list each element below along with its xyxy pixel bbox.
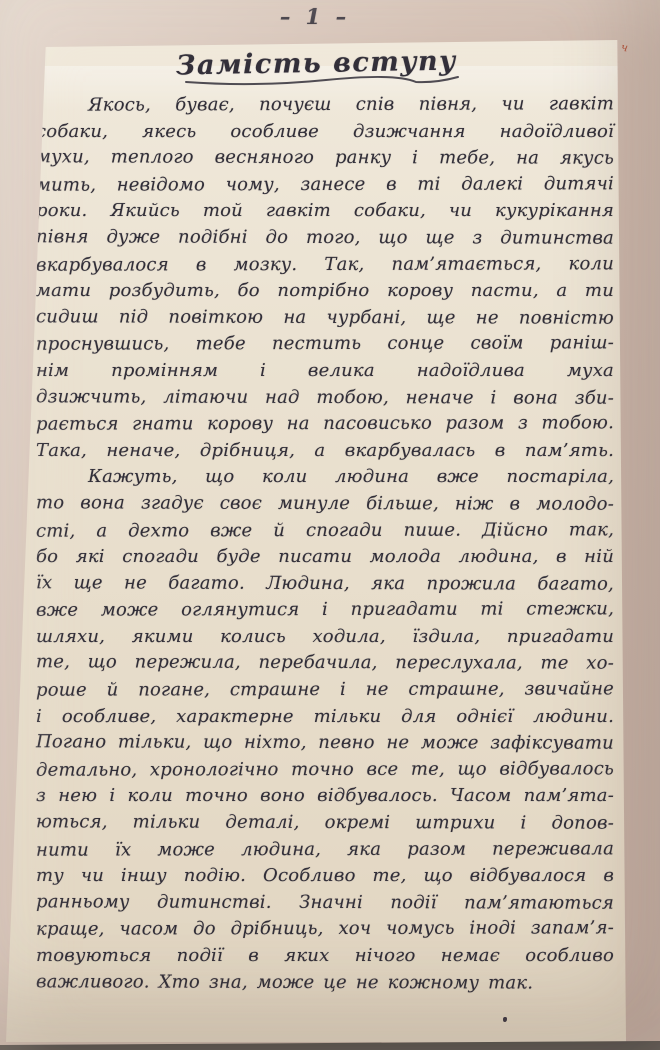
manuscript-line: мухи, теплого весняного ранку і тебе, на… — [36, 144, 614, 172]
manuscript-line: Кажуть, що коли людина вже постаріла, — [36, 464, 614, 491]
red-pencil-mark: ч — [620, 41, 629, 55]
manuscript-line: собаки, якесь особливе дзижчання надоїдл… — [36, 119, 614, 146]
manuscript-line: роки. Якийсь той гавкіт собаки, чи кукур… — [36, 198, 614, 225]
manuscript-line: рається гнати корову на пасовисько разом… — [36, 410, 614, 438]
manuscript-line: нім промінням і велика надоїдлива муха — [36, 358, 614, 385]
manuscript-line: Якось, буває, почуєш спів півня, чи гавк… — [36, 91, 614, 119]
manuscript-line: мати розбудить, бо потрібно корову пасти… — [36, 278, 614, 305]
photographed-manuscript-page: – 1 – Замість вступу Якось, буває, почує… — [0, 0, 660, 1050]
title-block: Замість вступу — [6, 48, 626, 89]
manuscript-line: то вона згадує своє минуле більше, ніж в… — [36, 490, 614, 518]
manuscript-line: те, що пережила, перебачила, переслухала… — [36, 650, 614, 678]
manuscript-line: вже може оглянутися і пригадати ті стежк… — [36, 597, 614, 625]
manuscript-line: сті, а дехто вже й спогади пише. Дійсно … — [36, 517, 614, 545]
manuscript-line: ту чи іншу подію. Особливо те, що відбув… — [36, 863, 614, 890]
manuscript-line: і особливе, характерне тільки для однієї… — [36, 704, 614, 731]
manuscript-body: Якось, буває, почуєш спів півня, чи гавк… — [36, 92, 614, 996]
manuscript-line: півня дуже подібні до того, що ще з дити… — [36, 224, 614, 252]
manuscript-line: мить, невідомо чому, занесе в ті далекі … — [36, 171, 614, 199]
manuscript-line: роше й погане, страшне і не страшне, зви… — [36, 676, 614, 704]
manuscript-line: з нею і коли точно воно відбувалось. Час… — [36, 783, 614, 810]
manuscript-line: бо які спогади буде писати молода людина… — [36, 544, 614, 571]
manuscript-sheet: Замість вступу Якось, буває, почуєш спів… — [6, 40, 626, 1042]
manuscript-line: краще, часом до дрібниць, хоч чомусь іно… — [36, 916, 614, 944]
manuscript-line: ранньому дитинстві. Значні події пам’ята… — [36, 889, 614, 917]
manuscript-line: проснувшись, тебе пестить сонце своїм ра… — [36, 331, 614, 359]
manuscript-line: сидиш під повіткою на чурбані, ще не пов… — [36, 304, 614, 332]
manuscript-line: дзижчить, літаючи над тобою, неначе і во… — [36, 384, 614, 412]
manuscript-line: Така, неначе, дрібниця, а вкарбувалась в… — [36, 438, 614, 465]
manuscript-line: нити їх може людина, яка разом переживал… — [36, 836, 614, 864]
manuscript-line: товуються події в яких нічого немає особ… — [36, 943, 614, 970]
page-number: – 1 – — [0, 4, 630, 29]
manuscript-line: вкарбувалося в мозку. Так, пам’ятається,… — [36, 251, 614, 279]
manuscript-line: Погано тільки, що ніхто, певно не може з… — [36, 730, 614, 758]
page-title: Замість вступу — [175, 46, 456, 82]
manuscript-line: ються, тільки деталі, окремі штрихи і до… — [36, 809, 614, 837]
manuscript-line: шляхи, якими колись ходила, їздила, приг… — [36, 624, 614, 651]
manuscript-line: важливого. Хто зна, може це не кожному т… — [36, 969, 614, 997]
photo-bottom-edge — [0, 1041, 660, 1050]
manuscript-line: детально, хронологічно точно все те, що … — [36, 756, 614, 784]
manuscript-line: їх ще не багато. Людина, яка прожила баг… — [36, 570, 614, 598]
